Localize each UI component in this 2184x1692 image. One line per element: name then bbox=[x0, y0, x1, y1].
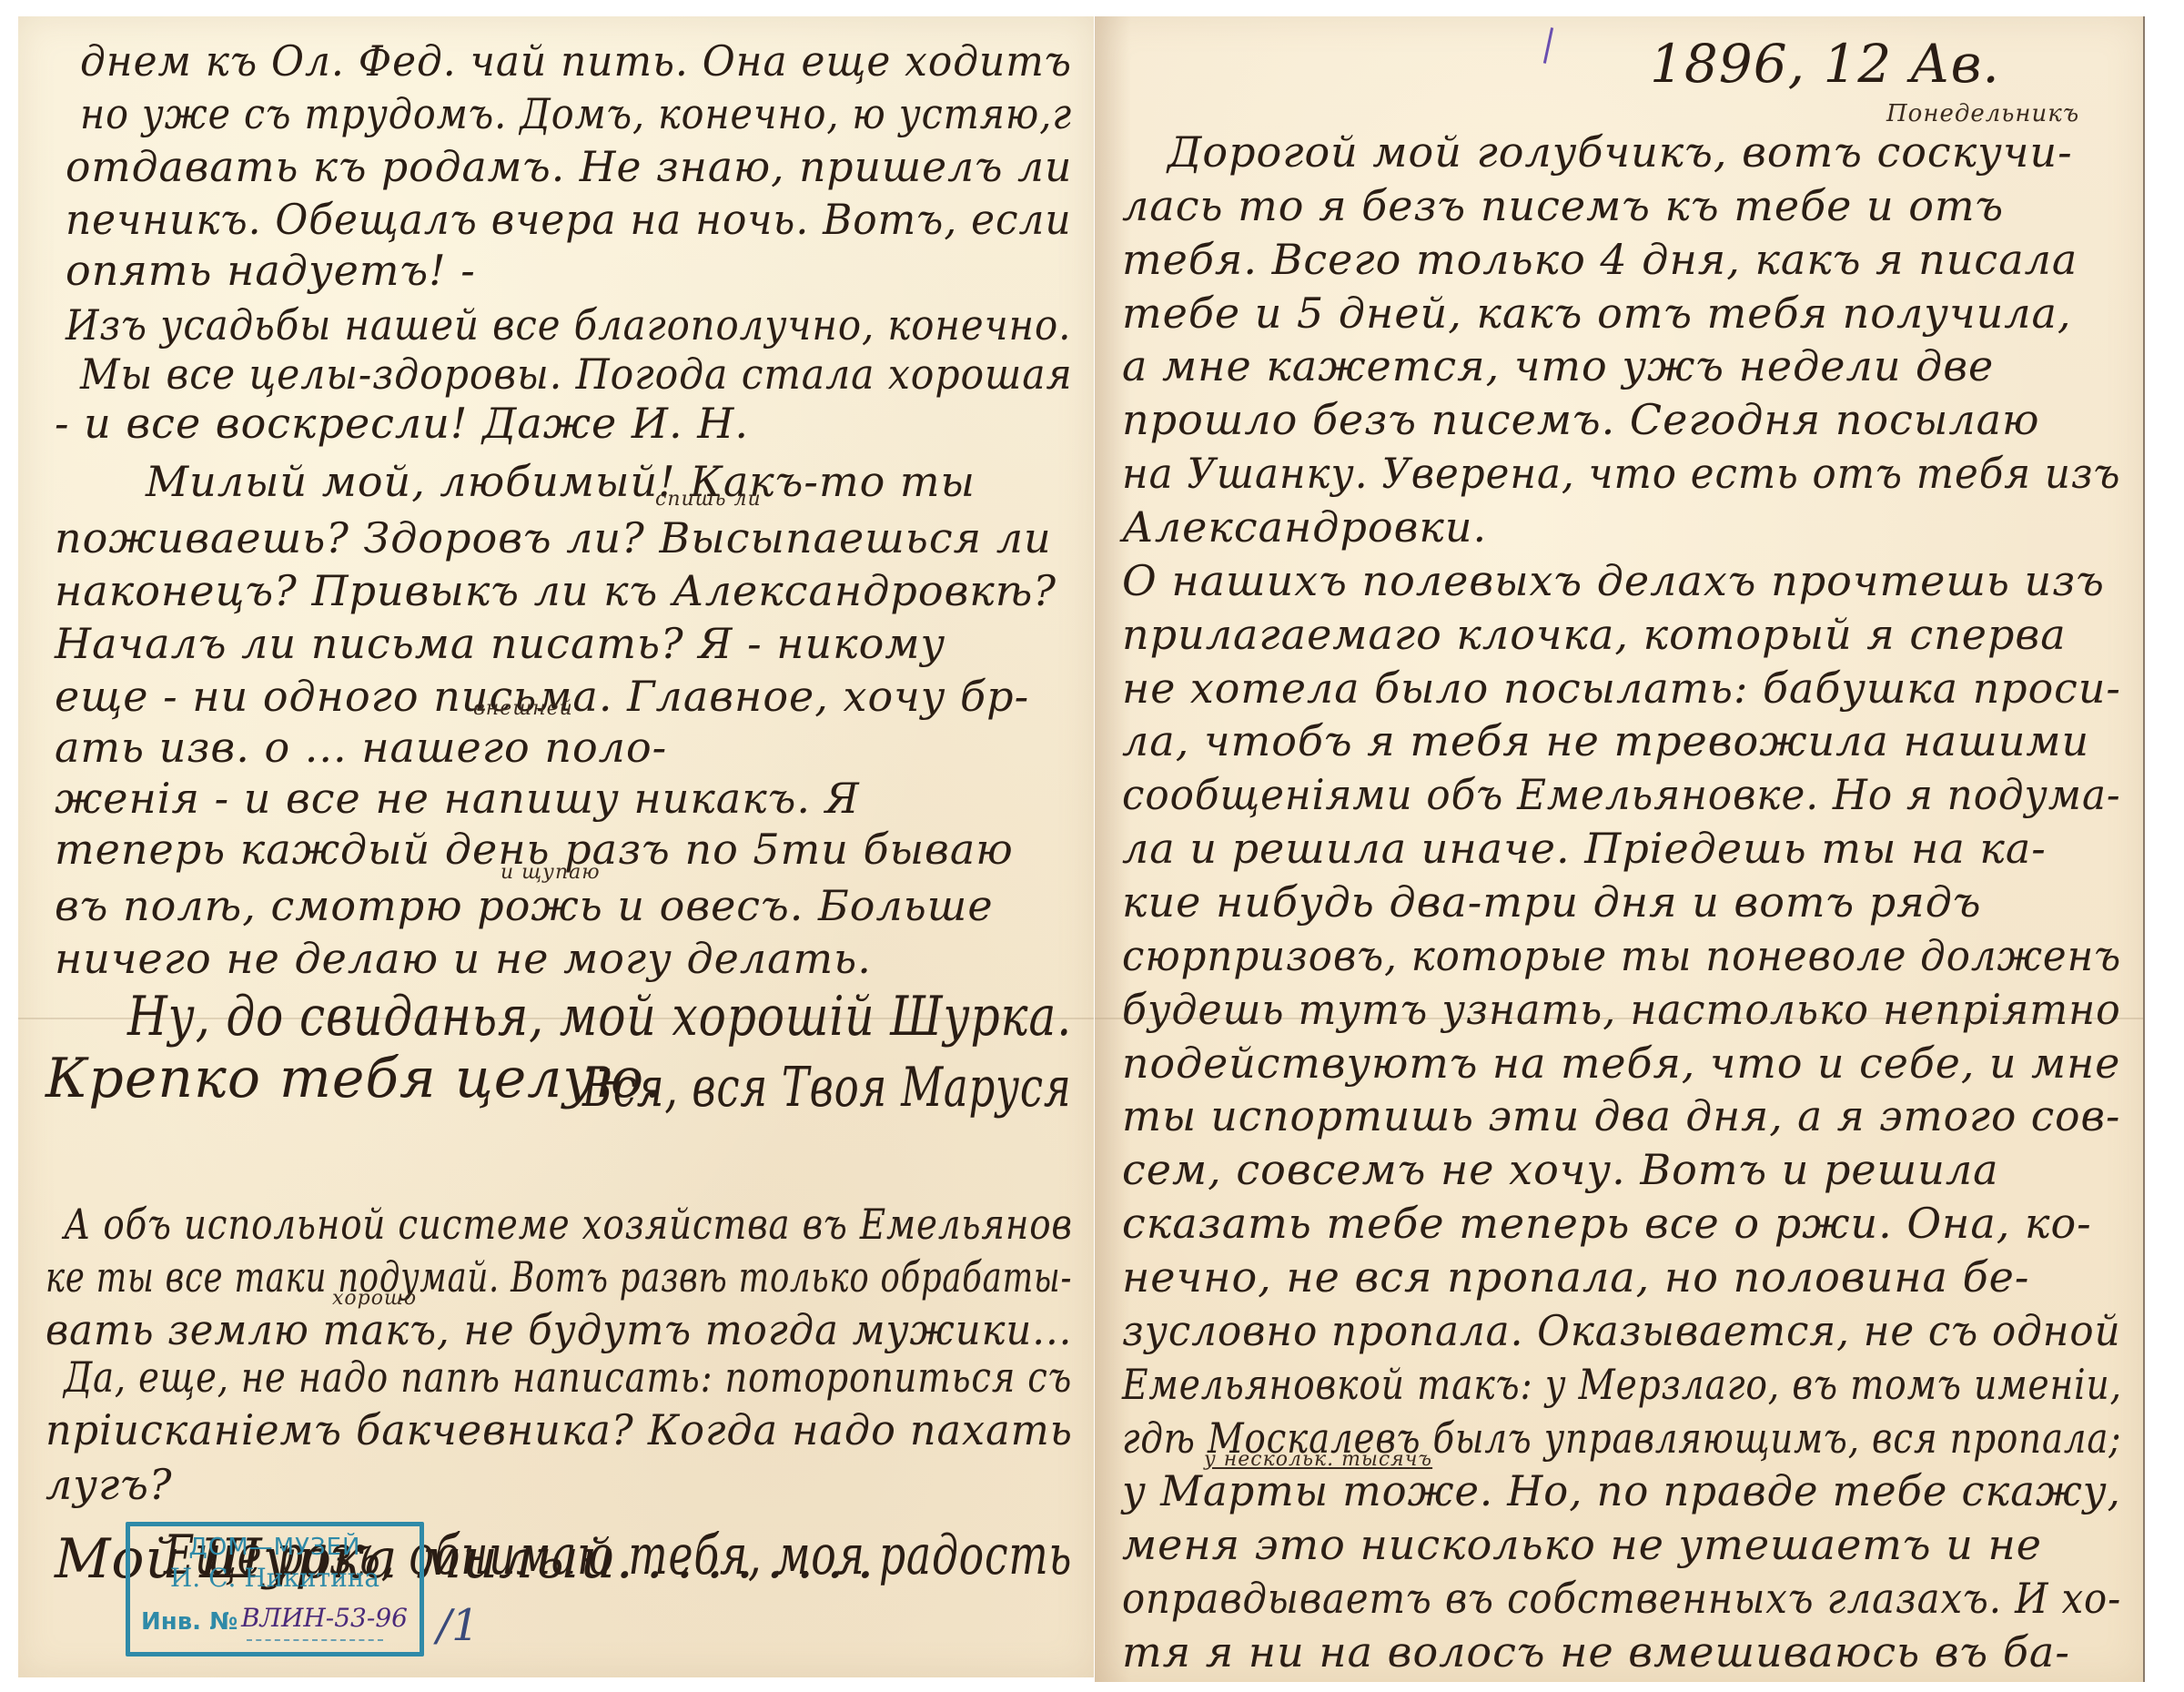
handwritten-line: Емельяновкой такъ: у Мерзлаго, въ томъ и… bbox=[1122, 1360, 2122, 1409]
handwritten-line: подействуютъ на тебя, что и себе, и мне bbox=[1122, 1039, 2120, 1088]
dotted-trail: ......... bbox=[616, 1527, 887, 1591]
handwritten-line: ке ты все таки подумай. Вотъ развѣ тольк… bbox=[45, 1252, 1072, 1302]
handwritten-line: А объ испольной системе хозяйства въ Еме… bbox=[64, 1200, 1073, 1249]
handwritten-line: отдавать къ родамъ. Не знаю, пришелъ ли bbox=[66, 142, 1072, 191]
handwritten-line: Дорогой мой голубчикъ, вотъ соскучи- bbox=[1168, 127, 2073, 177]
handwritten-line: ничего не делаю и не могу делать. bbox=[55, 934, 872, 983]
handwritten-line: кие нибудь два-три дня и вотъ рядъ bbox=[1122, 877, 1982, 927]
handwritten-line: не хотела было посылать: бабушка проси- bbox=[1122, 664, 2121, 713]
handwritten-line: опять надуетъ! - bbox=[66, 246, 476, 295]
handwritten-line: сем, совсемъ не хочу. Вотъ и решила bbox=[1122, 1145, 1999, 1194]
handwritten-line: сюрпризовъ, которые ты поневоле долженъ bbox=[1122, 931, 2121, 980]
handwritten-line: а мне кажется, что ужъ недели две bbox=[1122, 341, 1994, 390]
handwritten-line: сообщеніями объ Емельяновке. Но я подума… bbox=[1122, 770, 2121, 819]
handwritten-line: Да, еще, не надо папѣ написать: поторопи… bbox=[64, 1353, 1072, 1402]
handwritten-line: Началъ ли письма писать? Я - никому bbox=[55, 619, 945, 668]
handwritten-line: прошло безъ писемъ. Сегодня посылаю bbox=[1122, 395, 2040, 444]
handwritten-line: Крепко тебя целую. bbox=[45, 1047, 662, 1110]
letter-weekday: Понедельникъ bbox=[1886, 100, 2079, 127]
handwritten-line: - и все воскресли! Даже И. Н. bbox=[55, 399, 749, 448]
handwritten-line: ла и решила иначе. Пріедешь ты на ка- bbox=[1122, 824, 2047, 873]
handwritten-line: лась то я безъ писемъ къ тебе и отъ bbox=[1122, 181, 2004, 230]
museum-stamp: ДОМ—МУЗЕЙ И. С. Никитина Инв. № ВЛИН-53-… bbox=[126, 1522, 424, 1657]
letter-page-left: днем къ Ол. Фед. чай пить. Она еще ходит… bbox=[18, 16, 1094, 1677]
handwritten-line: сказать тебе теперь все о ржи. Она, ко- bbox=[1122, 1199, 2092, 1248]
stamp-dotted-line bbox=[247, 1639, 383, 1641]
letter-date: 1896, 12 Ав. bbox=[1650, 33, 2000, 95]
handwritten-line: печникъ. Обещалъ вчера на ночь. Вотъ, ес… bbox=[66, 195, 1072, 244]
handwritten-line: будешь тутъ узнать, настолько непріятно bbox=[1122, 985, 2121, 1034]
handwritten-line: у Марты тоже. Но, по правде тебе скажу, bbox=[1122, 1466, 2121, 1515]
handwritten-line: зусловно пропала. Оказывается, не съ одн… bbox=[1122, 1306, 2121, 1355]
archive-tick-mark bbox=[1543, 27, 1553, 64]
handwritten-line: наконецъ? Привыкъ ли къ Александровкѣ? bbox=[55, 566, 1057, 615]
sheet-number-mark: /1 bbox=[437, 1600, 480, 1651]
handwritten-line: прилагаемаго клочка, который я сперва bbox=[1122, 610, 2067, 659]
handwritten-line: Мы все целы-здоровы. Погода стала хороша… bbox=[80, 350, 1073, 399]
stamp-inventory-label: Инв. № bbox=[141, 1608, 238, 1636]
handwritten-line: пріисканіемъ бакчевника? Когда надо паха… bbox=[45, 1405, 1073, 1454]
handwritten-line: Милый мой, любимый! Какъ-то ты bbox=[146, 457, 976, 506]
handwritten-insertion: спишь ли bbox=[655, 488, 762, 511]
handwritten-line: нечно, не вся пропала, но половина бе- bbox=[1122, 1252, 2029, 1302]
stamp-museum-name: ДОМ—МУЗЕЙ bbox=[130, 1534, 420, 1561]
handwritten-line: оправдываетъ въ собственныхъ глазахъ. И … bbox=[1122, 1574, 2121, 1623]
handwritten-line: лугъ? bbox=[45, 1460, 173, 1509]
handwritten-line: О нашихъ полевыхъ делахъ прочтешь изъ bbox=[1122, 556, 2105, 605]
handwritten-line: вать землю такъ, не будутъ тогда мужики.… bbox=[45, 1305, 1072, 1354]
handwritten-line: ты испортишь эти два дня, а я этого сов- bbox=[1122, 1091, 2120, 1140]
handwritten-line: тебя. Всего только 4 дня, какъ я писала bbox=[1122, 235, 2078, 284]
handwritten-line: Ну, до свиданья, мой хорошій Шурка. bbox=[127, 985, 1072, 1049]
handwritten-line: женія - и все не напишу никакъ. Я bbox=[55, 774, 860, 823]
handwritten-line: на Ушанку. Уверена, что есть отъ тебя из… bbox=[1122, 449, 2121, 498]
handwritten-line: Александровки. bbox=[1122, 502, 1487, 552]
handwritten-line: въ полѣ, смотрю рожь и овесъ. Больше bbox=[55, 881, 994, 930]
handwritten-line: тебе и 5 дней, какъ отъ тебя получила, bbox=[1122, 289, 2072, 338]
handwritten-line: тя я ни на волосъ не вмешиваюсь въ ба- bbox=[1122, 1627, 2070, 1677]
handwritten-line: меня это нисколько не утешаетъ и не bbox=[1122, 1520, 2042, 1569]
stamp-museum-person: И. С. Никитина bbox=[130, 1563, 420, 1593]
handwritten-line: Изъ усадьбы нашей все благополучно, коне… bbox=[66, 300, 1071, 350]
handwritten-line: днем къ Ол. Фед. чай пить. Она еще ходит… bbox=[80, 36, 1072, 86]
handwritten-line: поживаешь? Здоровъ ли? Высыпаешься ли bbox=[55, 513, 1052, 562]
stamp-inventory-number: ВЛИН-53-96 bbox=[241, 1603, 408, 1633]
letter-page-right: 1896, 12 Ав. Понедельникъ Дорогой мой го… bbox=[1095, 16, 2145, 1682]
signature: Вся, вся Твоя Маруся bbox=[582, 1056, 1071, 1120]
handwritten-insertion: внешней bbox=[473, 697, 573, 720]
handwritten-line: ла, чтобъ я тебя не тревожила нашими bbox=[1122, 716, 2089, 765]
handwritten-line: ать изв. о ... нашего поло- bbox=[55, 723, 667, 772]
handwritten-line: но уже съ трудомъ. Домъ, конечно, ю устя… bbox=[80, 89, 1072, 138]
